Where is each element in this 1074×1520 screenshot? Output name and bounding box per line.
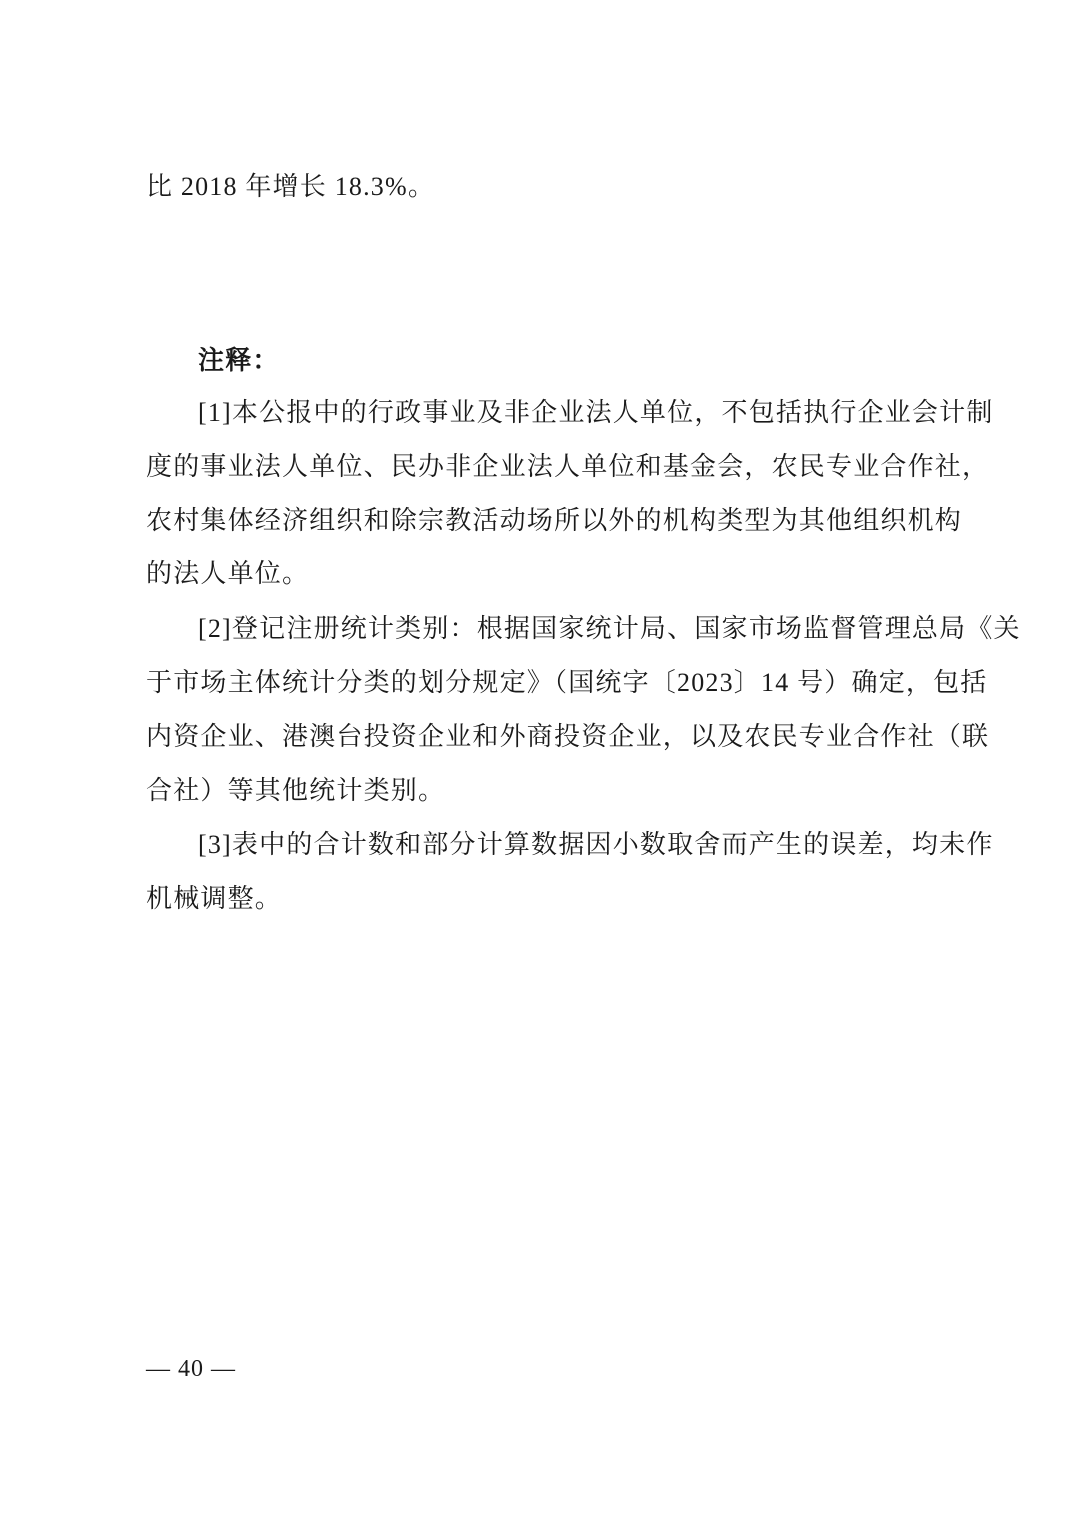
note-line: [2]登记注册统计类别：根据国家统计局、国家市场监督管理总局《关 <box>198 608 1021 645</box>
note-line: 内资企业、港澳台投资企业和外商投资企业，以及农民专业合作社（联 <box>146 716 989 753</box>
note-line: 合社）等其他统计类别。 <box>146 770 445 807</box>
continuation-text: 比 2018 年增长 18.3%。 <box>146 166 435 203</box>
note-line: 的法人单位。 <box>146 553 309 590</box>
note-line: [3]表中的合计数和部分计算数据因小数取舍而产生的误差，均未作 <box>198 824 994 861</box>
note-line: [1]本公报中的行政事业及非企业法人单位，不包括执行企业会计制 <box>198 392 928 429</box>
page-number: — 40 — <box>146 1356 236 1383</box>
note-line: 机械调整。 <box>146 878 282 915</box>
note-line: 农村集体经济组织和除宗教活动场所以外的机构类型为其他组织机构 <box>146 500 962 537</box>
note-line: 于市场主体统计分类的划分规定》（国统字〔2023〕14 号）确定，包括 <box>146 662 988 699</box>
notes-heading: 注释： <box>198 340 280 377</box>
note-line: 度的事业法人单位、民办非企业法人单位和基金会，农民专业合作社， <box>146 446 989 483</box>
